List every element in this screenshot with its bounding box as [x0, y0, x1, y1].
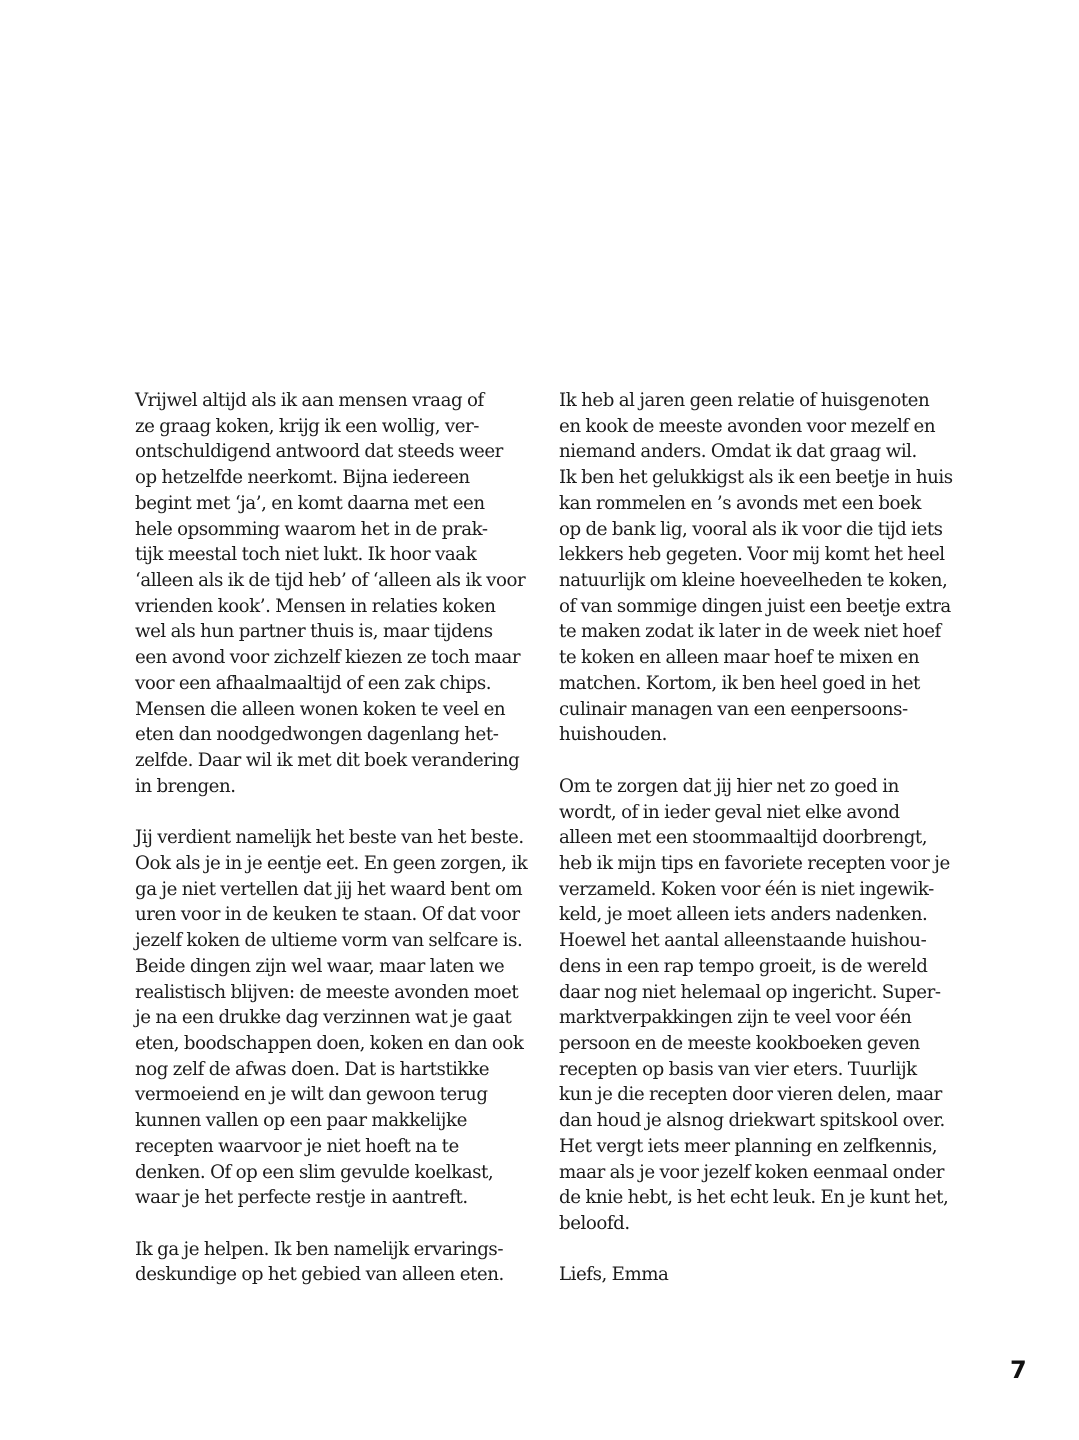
text-line: recepten waarvoor je niet hoeft na te — [135, 1134, 555, 1160]
paragraph: Om te zorgen dat jij hier net zo goed in… — [559, 774, 989, 1237]
text-line: Om te zorgen dat jij hier net zo goed in — [559, 774, 989, 800]
text-line: kun je die recepten door vieren delen, m… — [559, 1082, 989, 1108]
text-line: je na een drukke dag verzinnen wat je ga… — [135, 1005, 555, 1031]
text-line: deskundige op het gebied van alleen eten… — [135, 1262, 555, 1288]
text-line: culinair managen van een eenpersoons- — [559, 697, 989, 723]
signature-paragraph: Liefs, Emma — [559, 1262, 989, 1288]
book-page: Vrijwel altijd als ik aan mensen vraag o… — [0, 0, 1079, 1440]
text-line: maar als je voor jezelf koken eenmaal on… — [559, 1160, 989, 1186]
text-line: Jij verdient namelijk het beste van het … — [135, 825, 555, 851]
text-line: hele opsomming waarom het in de prak- — [135, 517, 555, 543]
text-line: recepten op basis van vier eters. Tuurli… — [559, 1057, 989, 1083]
text-line: op de bank lig, vooral als ik voor die t… — [559, 517, 989, 543]
text-line: begint met ‘ja’, en komt daarna met een — [135, 491, 555, 517]
text-line: of van sommige dingen juist een beetje e… — [559, 594, 989, 620]
paragraph: Vrijwel altijd als ik aan mensen vraag o… — [135, 388, 555, 800]
text-line: ‘alleen als ik de tijd heb’ of ‘alleen a… — [135, 568, 555, 594]
left-text-column: Vrijwel altijd als ik aan mensen vraag o… — [135, 388, 555, 1288]
text-line: wordt, of in ieder geval niet elke avond — [559, 800, 989, 826]
text-line: eten dan noodgedwongen dagenlang het- — [135, 722, 555, 748]
text-line: jezelf koken de ultieme vorm van selfcar… — [135, 928, 555, 954]
text-line: ga je niet vertellen dat jij het waard b… — [135, 877, 555, 903]
text-line: kan rommelen en ’s avonds met een boek — [559, 491, 989, 517]
text-line: wel als hun partner thuis is, maar tijde… — [135, 619, 555, 645]
text-line: keld, je moet alleen iets anders nadenke… — [559, 902, 989, 928]
paragraph: Jij verdient namelijk het beste van het … — [135, 825, 555, 1211]
text-line: eten, boodschappen doen, koken en dan oo… — [135, 1031, 555, 1057]
text-line: kunnen vallen op een paar makkelijke — [135, 1108, 555, 1134]
text-line: heb ik mijn tips en favoriete recepten v… — [559, 851, 989, 877]
text-line: dens in een rap tempo groeit, is de were… — [559, 954, 989, 980]
text-line: nog zelf de afwas doen. Dat is hartstikk… — [135, 1057, 555, 1083]
text-line: Vrijwel altijd als ik aan mensen vraag o… — [135, 388, 555, 414]
text-line: Ik ga je helpen. Ik ben namelijk ervarin… — [135, 1237, 555, 1263]
text-line: denken. Of op een slim gevulde koelkast, — [135, 1160, 555, 1186]
text-line: natuurlijk om kleine hoeveelheden te kok… — [559, 568, 989, 594]
text-line: tijk meestal toch niet lukt. Ik hoor vaa… — [135, 542, 555, 568]
text-line: lekkers heb gegeten. Voor mij komt het h… — [559, 542, 989, 568]
text-line: persoon en de meeste kookboeken geven — [559, 1031, 989, 1057]
text-line: ontschuldigend antwoord dat steeds weer — [135, 439, 555, 465]
text-line: zelfde. Daar wil ik met dit boek verande… — [135, 748, 555, 774]
text-line: Ik heb al jaren geen relatie of huisgeno… — [559, 388, 989, 414]
text-line: een avond voor zichzelf kiezen ze toch m… — [135, 645, 555, 671]
text-line: ze graag koken, krijg ik een wollig, ver… — [135, 414, 555, 440]
text-line: Liefs, Emma — [559, 1262, 989, 1288]
text-line: Beide dingen zijn wel waar, maar laten w… — [135, 954, 555, 980]
text-line: Ook als je in je eentje eet. En geen zor… — [135, 851, 555, 877]
text-line: marktverpakkingen zijn te veel voor één — [559, 1005, 989, 1031]
text-line: de knie hebt, is het echt leuk. En je ku… — [559, 1185, 989, 1211]
text-line: huishouden. — [559, 722, 989, 748]
text-line: matchen. Kortom, ik ben heel goed in het — [559, 671, 989, 697]
text-line: Mensen die alleen wonen koken te veel en — [135, 697, 555, 723]
text-line: vrienden kook’. Mensen in relaties koken — [135, 594, 555, 620]
paragraph: Ik ga je helpen. Ik ben namelijk ervarin… — [135, 1237, 555, 1288]
text-line: dan houd je alsnog driekwart spitskool o… — [559, 1108, 989, 1134]
text-line: te maken zodat ik later in de week niet … — [559, 619, 989, 645]
text-line: voor een afhaalmaaltijd of een zak chips… — [135, 671, 555, 697]
text-line: Hoewel het aantal alleenstaande huishou- — [559, 928, 989, 954]
text-line: en kook de meeste avonden voor mezelf en — [559, 414, 989, 440]
text-line: waar je het perfecte restje in aantreft. — [135, 1185, 555, 1211]
right-text-column: Ik heb al jaren geen relatie of huisgeno… — [559, 388, 989, 1288]
text-line: uren voor in de keuken te staan. Of dat … — [135, 902, 555, 928]
text-line: vermoeiend en je wilt dan gewoon terug — [135, 1082, 555, 1108]
text-line: op hetzelfde neerkomt. Bijna iedereen — [135, 465, 555, 491]
text-line: te koken en alleen maar hoef te mixen en — [559, 645, 989, 671]
text-line: beloofd. — [559, 1211, 989, 1237]
paragraph: Ik heb al jaren geen relatie of huisgeno… — [559, 388, 989, 748]
text-line: daar nog niet helemaal op ingericht. Sup… — [559, 980, 989, 1006]
text-line: Ik ben het gelukkigst als ik een beetje … — [559, 465, 989, 491]
text-line: Het vergt iets meer planning en zelfkenn… — [559, 1134, 989, 1160]
text-line: alleen met een stoommaaltijd doorbrengt, — [559, 825, 989, 851]
text-line: niemand anders. Omdat ik dat graag wil. — [559, 439, 989, 465]
text-line: verzameld. Koken voor één is niet ingewi… — [559, 877, 989, 903]
text-line: in brengen. — [135, 774, 555, 800]
page-number: 7 — [1010, 1356, 1027, 1384]
text-line: realistisch blijven: de meeste avonden m… — [135, 980, 555, 1006]
